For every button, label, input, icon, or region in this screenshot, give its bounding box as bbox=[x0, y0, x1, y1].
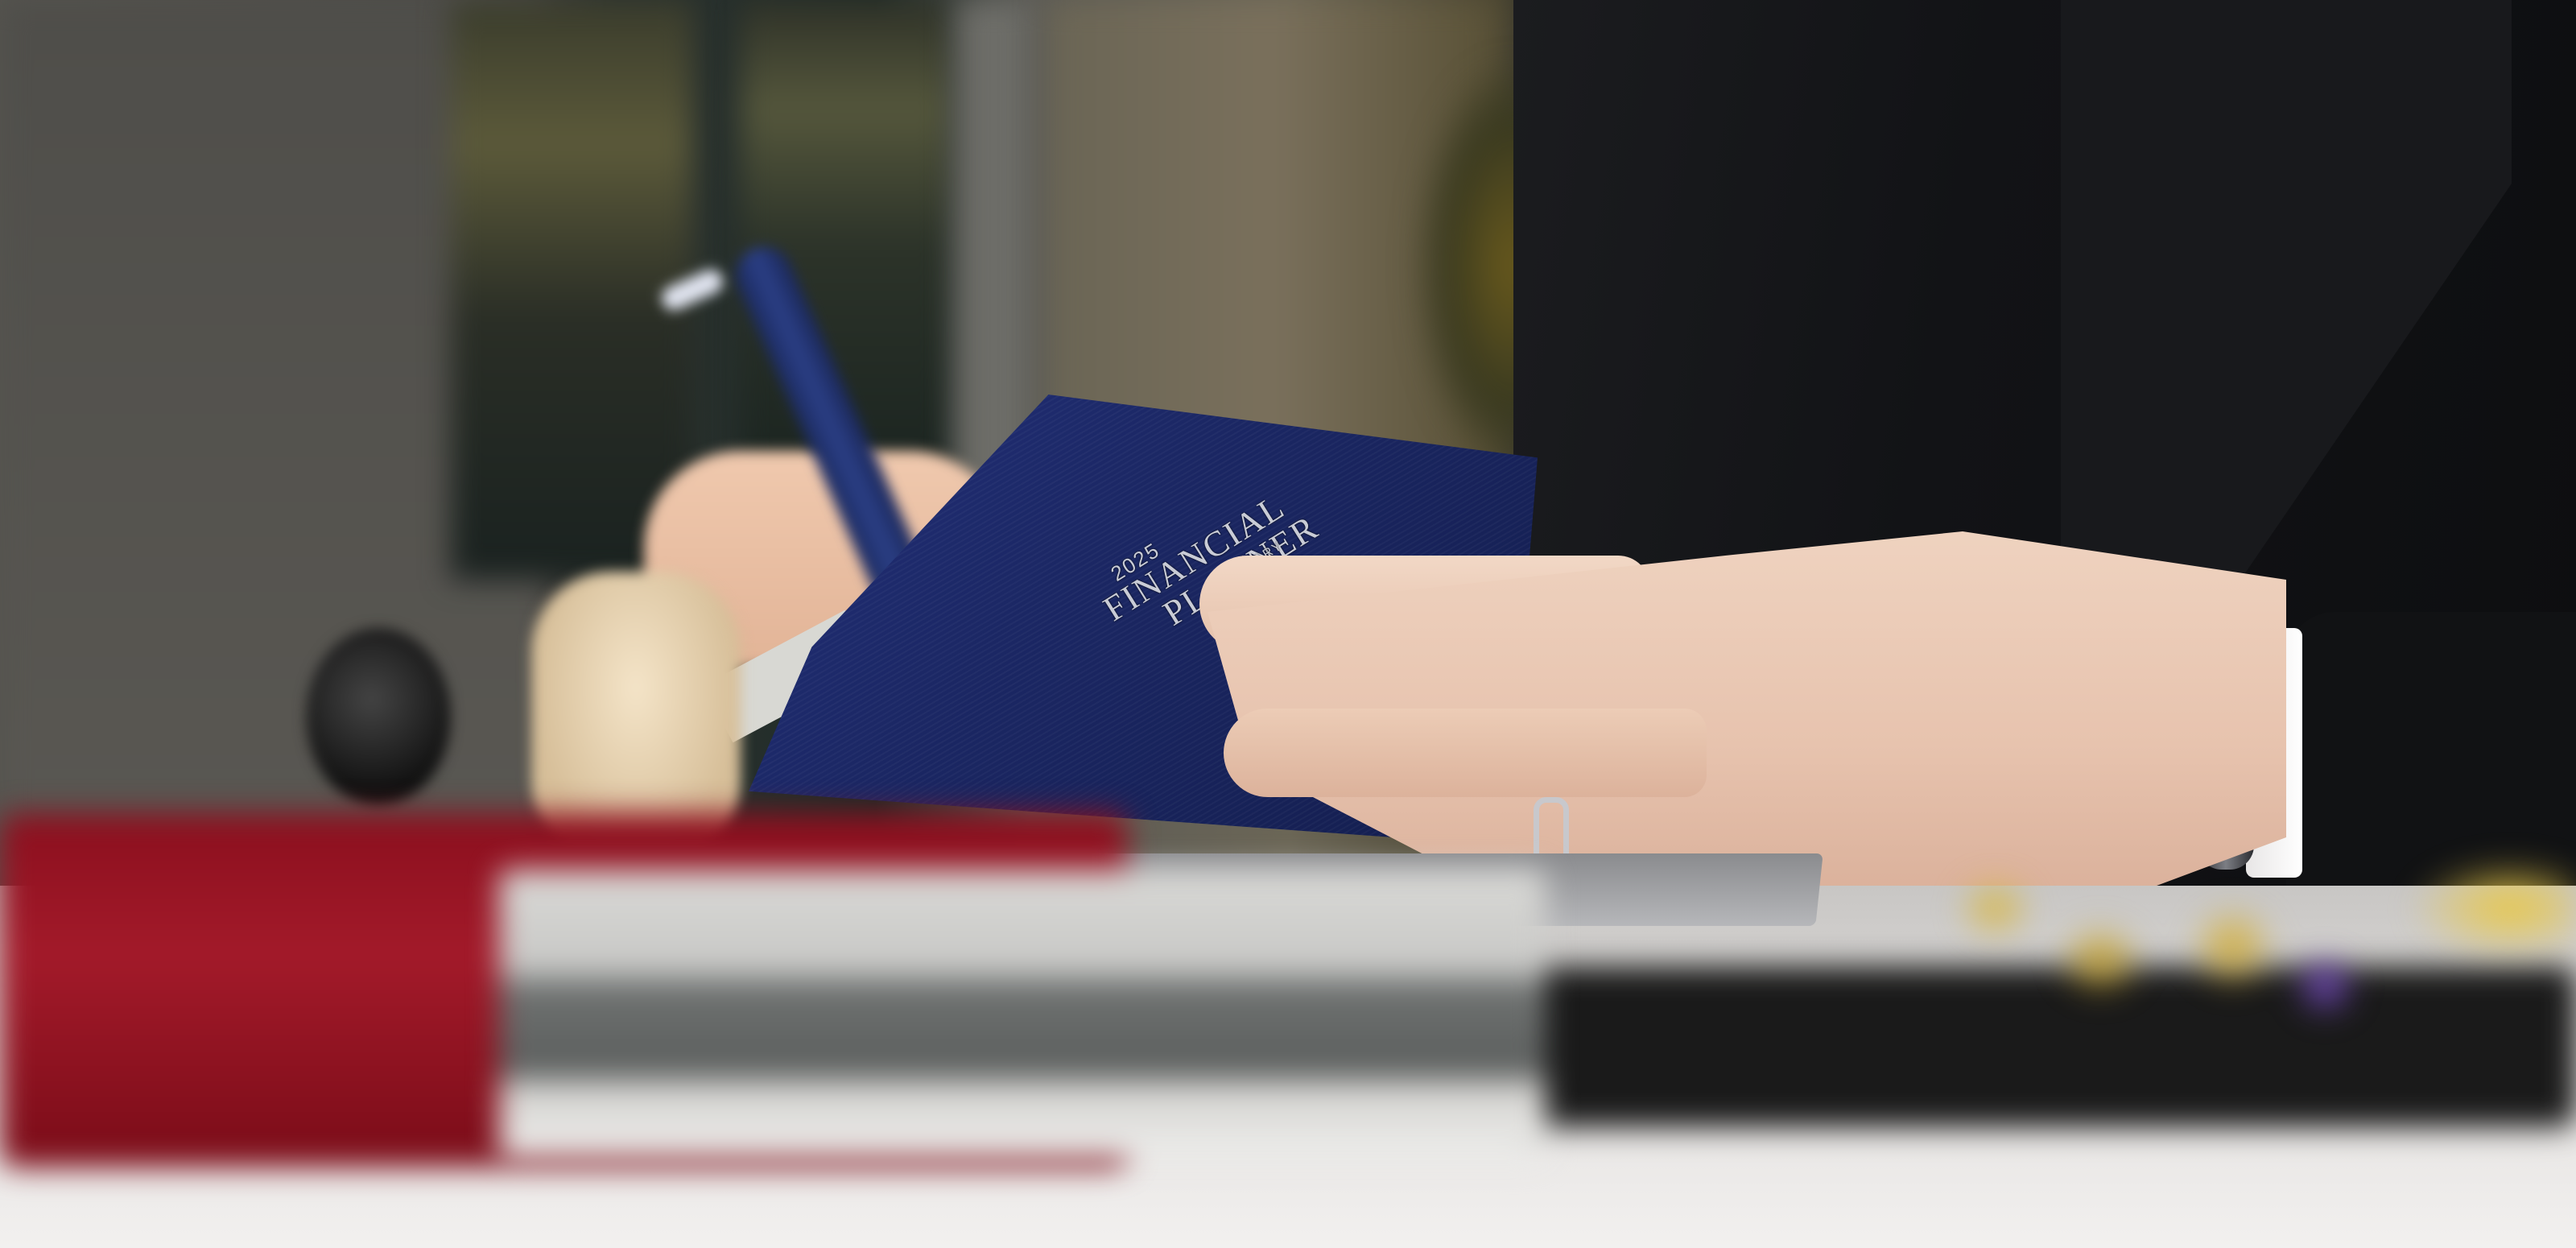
background-bookshelf-left bbox=[451, 0, 692, 580]
photo-scene: 2025 FINANCIAL PLANNER DIARY bbox=[0, 0, 2576, 1248]
right-finger bbox=[1224, 709, 1707, 797]
stamp-knob bbox=[306, 628, 451, 805]
grey-box bbox=[499, 870, 1546, 1159]
flowers bbox=[1916, 805, 2576, 1063]
